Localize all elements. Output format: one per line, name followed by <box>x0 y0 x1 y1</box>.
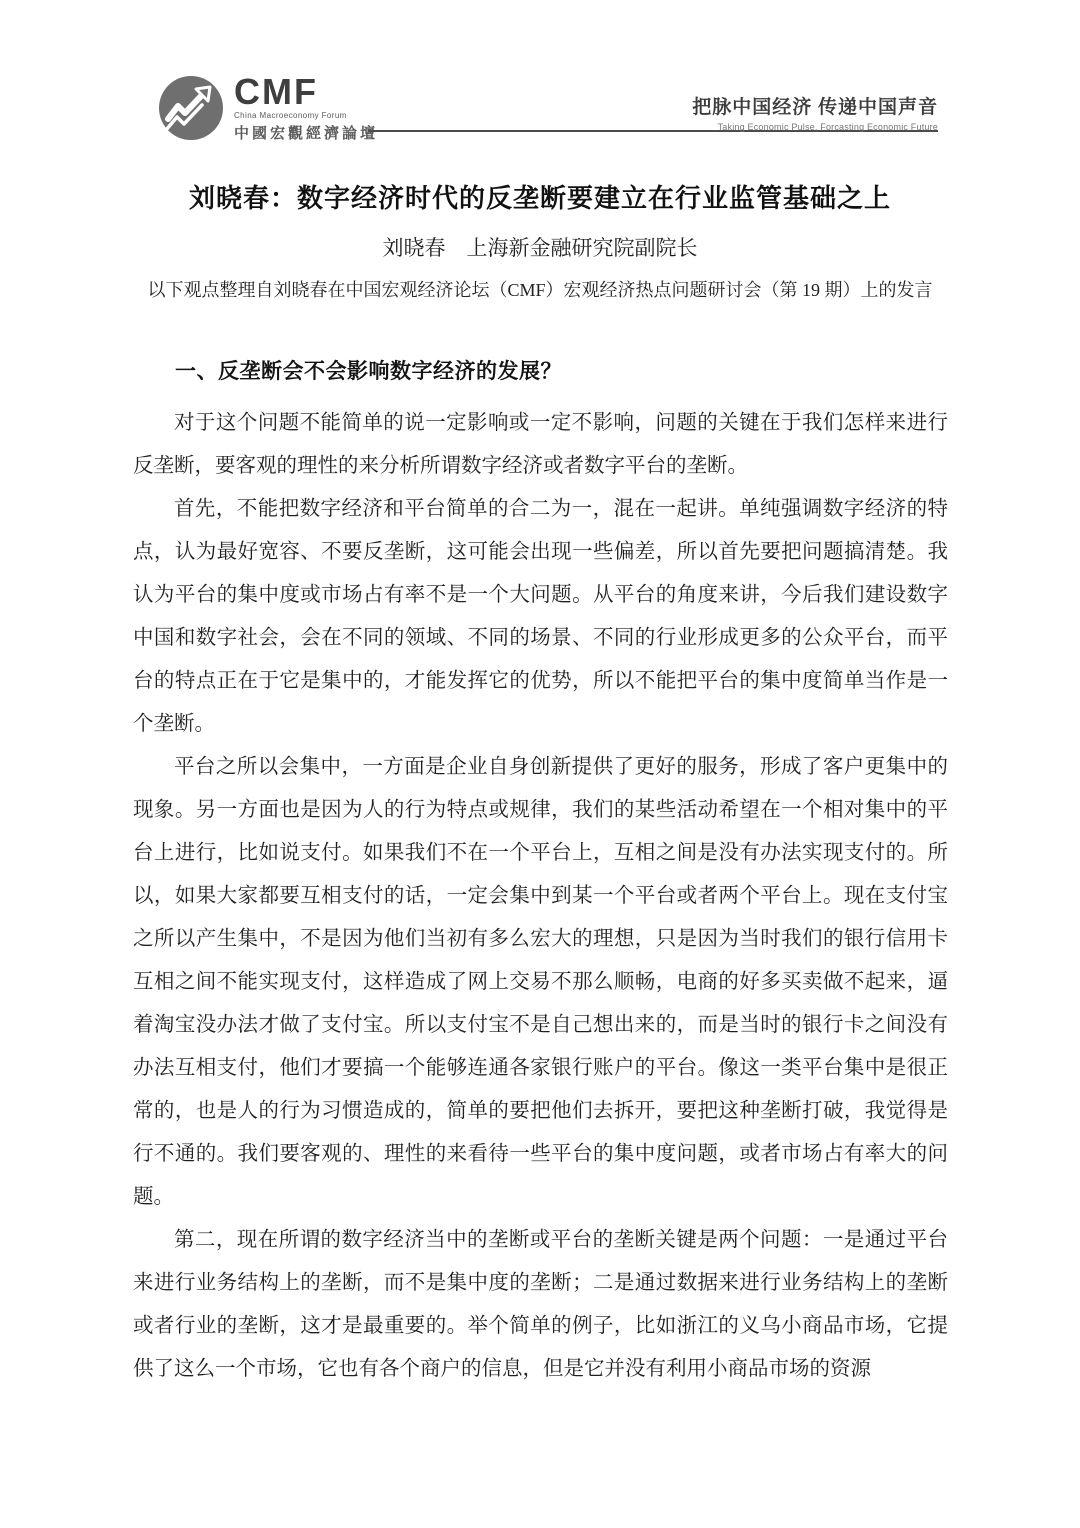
section-heading: 一、反垄断会不会影响数字经济的发展？ <box>133 358 948 386</box>
logo-name-chinese: 中國宏觀經濟論壇 <box>234 122 378 143</box>
logo-name-english: China Macroeconomy Forum <box>234 111 378 120</box>
article-author: 刘晓春 上海新金融研究院副院长 <box>60 232 1020 262</box>
article-body: 一、反垄断会不会影响数字经济的发展？ 对于这个问题不能简单的说一定影响或一定不影… <box>133 358 948 1391</box>
paragraph: 平台之所以会集中，一方面是企业自身创新提供了更好的服务，形成了客户更集中的现象。… <box>133 746 948 1219</box>
header-slogan: 把脉中国经济 传递中国声音 Taking Economic Pulse, For… <box>692 92 938 132</box>
document-page: CMF China Macroeconomy Forum 中國宏觀經濟論壇 把脉… <box>0 0 1080 1528</box>
logo-acronym: CMF <box>234 77 378 108</box>
cmf-logo: CMF China Macroeconomy Forum 中國宏觀經濟論壇 <box>158 75 378 143</box>
slogan-english: Taking Economic Pulse, Forcasting Econom… <box>692 122 938 132</box>
paragraph: 首先，不能把数字经济和平台简单的合二为一，混在一起讲。单纯强调数字经济的特点，认… <box>133 488 948 746</box>
article-title: 刘晓春：数字经济时代的反垄断要建立在行业监管基础之上 <box>60 178 1020 215</box>
article-source-note: 以下观点整理自刘晓春在中国宏观经济论坛（CMF）宏观经济热点问题研讨会（第 19… <box>60 276 1020 302</box>
cmf-logo-icon <box>158 75 224 141</box>
slogan-chinese: 把脉中国经济 传递中国声音 <box>692 92 938 119</box>
paragraph: 第二，现在所谓的数字经济当中的垄断或平台的垄断关键是两个问题：一是通过平台来进行… <box>133 1219 948 1391</box>
cmf-logo-text: CMF China Macroeconomy Forum 中國宏觀經濟論壇 <box>234 75 378 143</box>
paragraph: 对于这个问题不能简单的说一定影响或一定不影响，问题的关键在于我们怎样来进行反垄断… <box>133 402 948 488</box>
